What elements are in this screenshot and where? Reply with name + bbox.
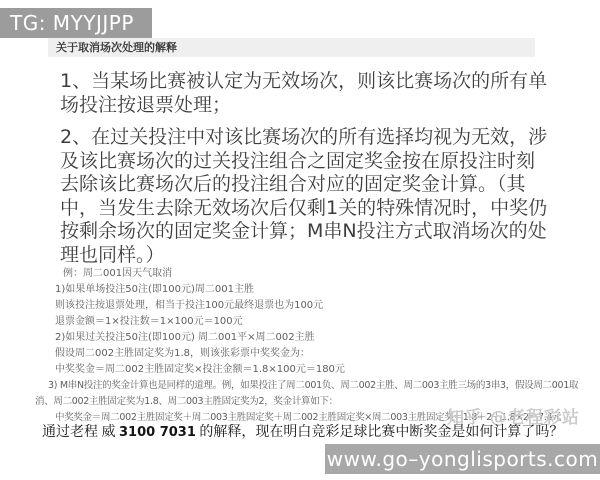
rule-item-1: 1、当某场比赛被认定为无效场次，则该比赛场次的所有单场投注按退票处理；: [60, 70, 552, 117]
example-line: 假设周二002主胜固定奖为1.8，则该张彩票中奖奖金为：: [55, 346, 600, 362]
closing-statement-prefix: 通过老程 威: [42, 425, 119, 440]
example-line: 3) M串N投注的奖金计算也是同样的道理。例，如果投注了周二001负、周二002…: [48, 378, 600, 394]
contact-number: 3100 7031: [119, 425, 196, 440]
website-url-text: www.go–yonglisports.com: [327, 447, 599, 471]
document-page: TG: MYYJJPP 关于取消场次处理的解释 1、当某场比赛被认定为无效场次，…: [0, 0, 600, 480]
website-watermark-box: www.go–yonglisports.com: [325, 444, 600, 474]
example-line: 例：周二001因天气取消: [63, 266, 600, 282]
section-title-text: 关于取消场次处理的解释: [56, 41, 177, 54]
closing-statement: 通过老程 威 3100 7031 的解释，现在明白竞彩足球比赛中断奖金是如何计算…: [42, 421, 563, 441]
closing-statement-suffix: 的解释，现在明白竞彩足球比赛中断奖金是如何计算了吗？: [196, 425, 564, 440]
example-line: 中奖奖金＝周二002主胜固定奖×投注金额＝1.8×100元＝180元: [55, 362, 600, 378]
example-line: 2)如果过关投注50注(即100元) 周二001平×周二002主胜: [55, 330, 600, 346]
telegram-tag-text: TG: MYYJJPP: [10, 11, 134, 35]
example-line: 1)如果单场投注50注(即100元)周二001主胜: [55, 282, 600, 298]
example-block: 例：周二001因天气取消 1)如果单场投注50注(即100元)周二001主胜 则…: [48, 266, 600, 426]
section-title-bar: 关于取消场次处理的解释: [48, 38, 535, 57]
rules-text-block: 1、当某场比赛被认定为无效场次，则该比赛场次的所有单场投注按退票处理； 2、在过…: [60, 70, 552, 267]
telegram-tag-banner: TG: MYYJJPP: [0, 8, 152, 38]
example-line: 则该投注按退票处理，相当于投注100元最终退票也为100元: [55, 298, 600, 314]
rule-item-2: 2、在过关投注中对该比赛场次的所有选择均视为无效，涉及该比赛场次的过关投注组合之…: [60, 126, 552, 267]
example-line: 退票金额＝1×投注数＝1×100元＝100元: [55, 314, 600, 330]
